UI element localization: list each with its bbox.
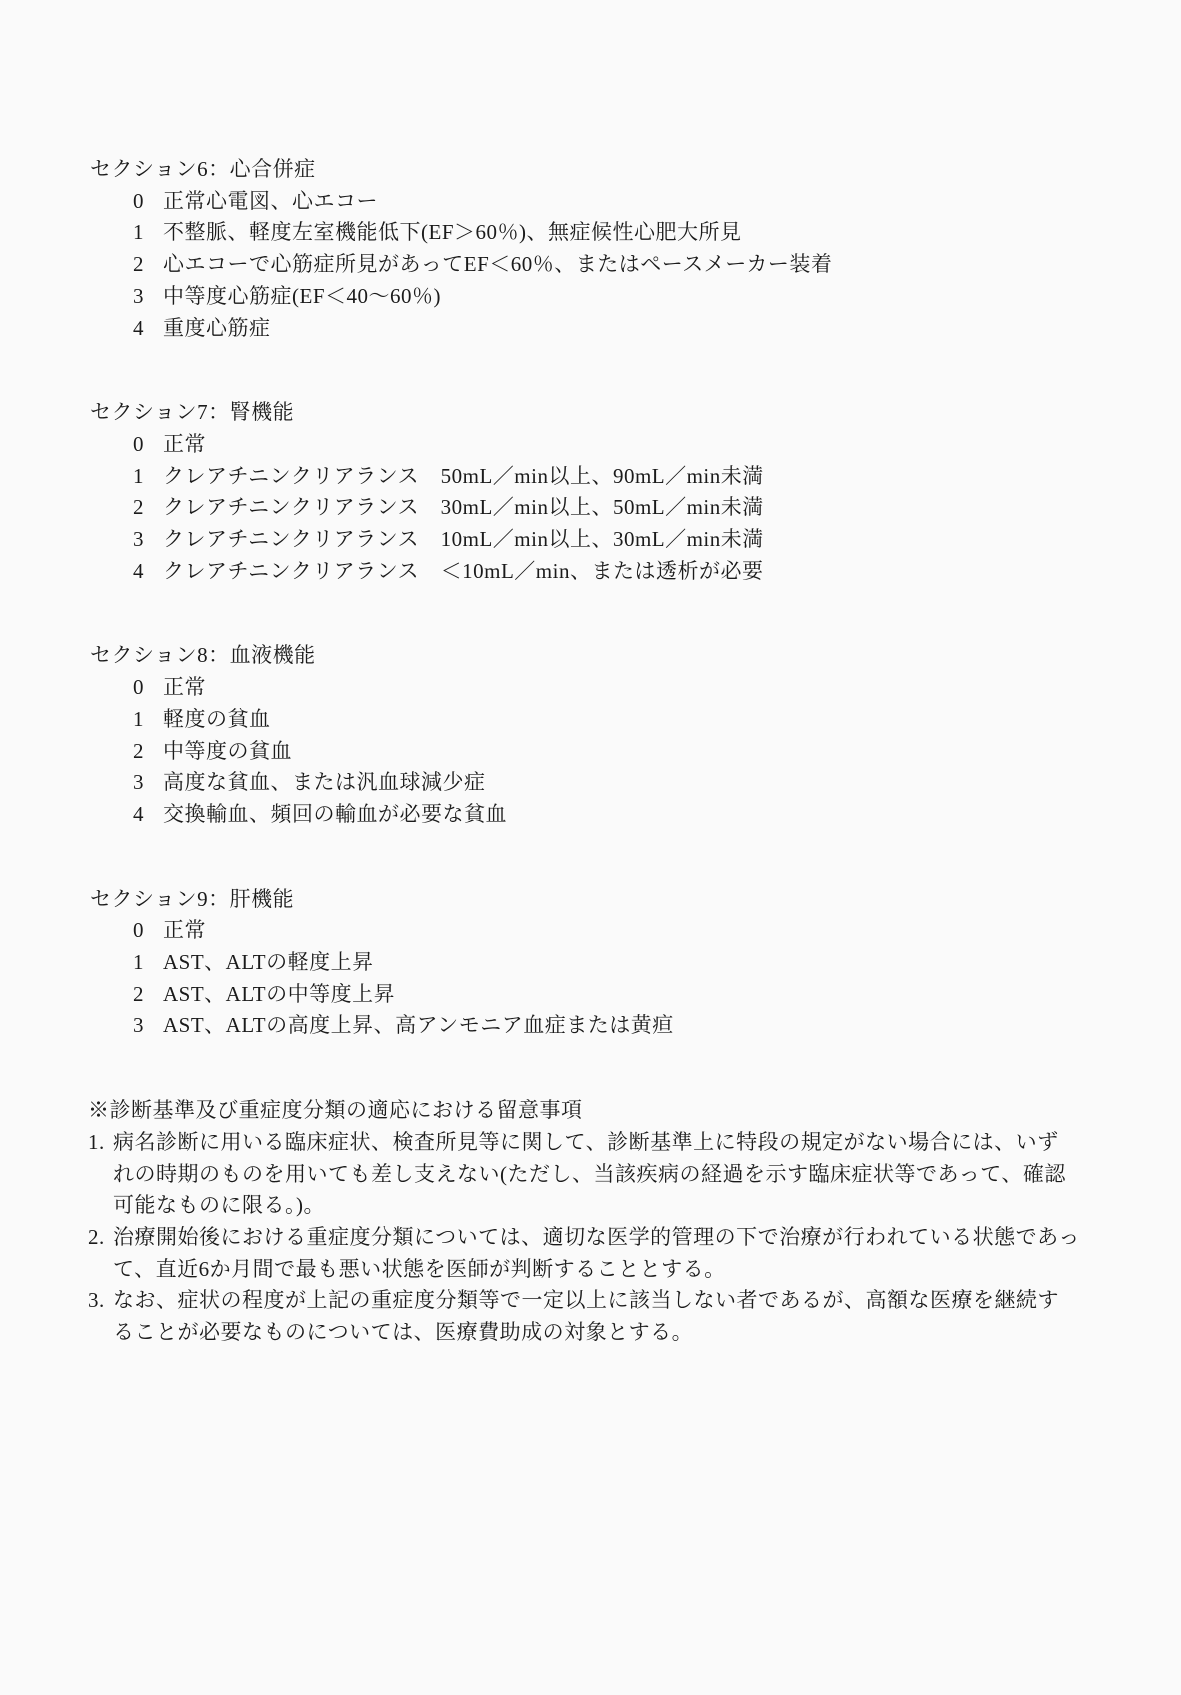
grade-description: 中等度心筋症(EF＜40〜60％) <box>163 284 441 308</box>
notes-heading: ※診断基準及び重症度分類の適応における留意事項 <box>88 1095 1103 1127</box>
note-item: 3. なお、症状の程度が上記の重症度分類等で一定以上に該当しない者であるが、高額… <box>88 1285 1103 1348</box>
grade-description: AST、ALTの軽度上昇 <box>163 950 374 974</box>
note-text: 病名診断に用いる臨床症状、検査所見等に関して、診断基準上に特段の規定がない場合に… <box>113 1127 1103 1222</box>
grade-item: 3AST、ALTの高度上昇、高アンモニア血症または黄疸 <box>88 1010 1103 1042</box>
grade-description: 心エコーで心筋症所見があってEF＜60％、またはペースメーカー装着 <box>163 252 832 276</box>
note-number: 3. <box>88 1285 105 1317</box>
grade-item: 4重度心筋症 <box>88 313 1103 345</box>
grade-item: 4交換輸血、頻回の輸血が必要な貧血 <box>88 799 1103 831</box>
note-line: て、直近6か月間で最も悪い状態を医師が判断することとする。 <box>113 1254 1103 1286</box>
grade-description: 交換輸血、頻回の輸血が必要な貧血 <box>163 802 507 826</box>
grade-value: 1 <box>133 217 163 249</box>
grade-item: 2中等度の貧血 <box>88 736 1103 768</box>
grade-value: 0 <box>133 672 163 704</box>
grade-value: 4 <box>133 313 163 345</box>
grade-value: 0 <box>133 915 163 947</box>
grade-description: クレアチニンクリアランス 50mL／min以上、90mL／min未満 <box>163 464 764 488</box>
grade-description: AST、ALTの高度上昇、高アンモニア血症または黄疸 <box>163 1013 674 1037</box>
grade-item: 2AST、ALTの中等度上昇 <box>88 979 1103 1011</box>
note-number: 2. <box>88 1222 105 1254</box>
grade-description: 中等度の貧血 <box>163 739 292 763</box>
grade-description: 正常心電図、心エコー <box>163 189 378 213</box>
grade-description: クレアチニンクリアランス 10mL／min以上、30mL／min未満 <box>163 527 764 551</box>
grade-description: 正常 <box>163 918 206 942</box>
grade-value: 3 <box>133 524 163 556</box>
grade-item: 4クレアチニンクリアランス ＜10mL／min、または透析が必要 <box>88 556 1103 588</box>
grade-item: 2心エコーで心筋症所見があってEF＜60％、またはペースメーカー装着 <box>88 249 1103 281</box>
grade-description: 高度な貧血、または汎血球減少症 <box>163 770 486 794</box>
note-item: 2. 治療開始後における重症度分類については、適切な医学的管理の下で治療が行われ… <box>88 1222 1103 1285</box>
grade-value: 2 <box>133 979 163 1011</box>
grade-item: 0正常心電図、心エコー <box>88 186 1103 218</box>
grade-item: 1不整脈、軽度左室機能低下(EF＞60％)、無症候性心肥大所見 <box>88 217 1103 249</box>
grade-value: 0 <box>133 429 163 461</box>
note-number: 1. <box>88 1127 105 1159</box>
grade-item: 3高度な貧血、または汎血球減少症 <box>88 767 1103 799</box>
grade-item: 0正常 <box>88 429 1103 461</box>
grade-item: 1クレアチニンクリアランス 50mL／min以上、90mL／min未満 <box>88 461 1103 493</box>
grade-value: 3 <box>133 281 163 313</box>
grade-value: 1 <box>133 461 163 493</box>
document-page: セクション6：心合併症 0正常心電図、心エコー 1不整脈、軽度左室機能低下(EF… <box>0 0 1181 1695</box>
section-hematologic: セクション8：血液機能 0正常 1軽度の貧血 2中等度の貧血 3高度な貧血、また… <box>88 640 1103 830</box>
note-line: れの時期のものを用いても差し支えない(ただし、当該疾病の経過を示す臨床症状等であ… <box>113 1159 1103 1191</box>
grade-value: 0 <box>133 186 163 218</box>
note-line: 病名診断に用いる臨床症状、検査所見等に関して、診断基準上に特段の規定がない場合に… <box>113 1127 1103 1159</box>
section-hepatic: セクション9：肝機能 0正常 1AST、ALTの軽度上昇 2AST、ALTの中等… <box>88 884 1103 1043</box>
grade-description: 軽度の貧血 <box>163 707 271 731</box>
grade-value: 3 <box>133 1010 163 1042</box>
note-text: 治療開始後における重症度分類については、適切な医学的管理の下で治療が行われている… <box>113 1222 1103 1285</box>
section-title: セクション7：腎機能 <box>90 397 1103 429</box>
grade-value: 2 <box>133 492 163 524</box>
grade-item: 1AST、ALTの軽度上昇 <box>88 947 1103 979</box>
section-cardiac: セクション6：心合併症 0正常心電図、心エコー 1不整脈、軽度左室機能低下(EF… <box>88 154 1103 344</box>
grade-description: 不整脈、軽度左室機能低下(EF＞60％)、無症候性心肥大所見 <box>163 220 742 244</box>
note-text: なお、症状の程度が上記の重症度分類等で一定以上に該当しない者であるが、高額な医療… <box>113 1285 1103 1348</box>
grade-value: 2 <box>133 249 163 281</box>
grade-item: 3クレアチニンクリアランス 10mL／min以上、30mL／min未満 <box>88 524 1103 556</box>
grade-item: 0正常 <box>88 672 1103 704</box>
grade-item: 1軽度の貧血 <box>88 704 1103 736</box>
note-line: 治療開始後における重症度分類については、適切な医学的管理の下で治療が行われている… <box>113 1222 1103 1254</box>
grade-description: クレアチニンクリアランス ＜10mL／min、または透析が必要 <box>163 559 763 583</box>
notes-block: ※診断基準及び重症度分類の適応における留意事項 1. 病名診断に用いる臨床症状、… <box>88 1095 1103 1349</box>
grade-description: 重度心筋症 <box>163 316 271 340</box>
section-title: セクション9：肝機能 <box>90 884 1103 916</box>
note-item: 1. 病名診断に用いる臨床症状、検査所見等に関して、診断基準上に特段の規定がない… <box>88 1127 1103 1222</box>
section-renal: セクション7：腎機能 0正常 1クレアチニンクリアランス 50mL／min以上、… <box>88 397 1103 587</box>
note-line: ることが必要なものについては、医療費助成の対象とする。 <box>113 1317 1103 1349</box>
grade-description: 正常 <box>163 432 206 456</box>
grade-item: 0正常 <box>88 915 1103 947</box>
grade-value: 3 <box>133 767 163 799</box>
grade-description: AST、ALTの中等度上昇 <box>163 982 395 1006</box>
section-title: セクション8：血液機能 <box>90 640 1103 672</box>
grade-item: 2クレアチニンクリアランス 30mL／min以上、50mL／min未満 <box>88 492 1103 524</box>
grade-item: 3中等度心筋症(EF＜40〜60％) <box>88 281 1103 313</box>
grade-value: 4 <box>133 556 163 588</box>
note-line: 可能なものに限る。)。 <box>113 1190 1103 1222</box>
grade-value: 1 <box>133 704 163 736</box>
grade-value: 4 <box>133 799 163 831</box>
grade-description: クレアチニンクリアランス 30mL／min以上、50mL／min未満 <box>163 495 764 519</box>
section-title: セクション6：心合併症 <box>90 154 1103 186</box>
grade-description: 正常 <box>163 675 206 699</box>
grade-value: 2 <box>133 736 163 768</box>
grade-value: 1 <box>133 947 163 979</box>
note-line: なお、症状の程度が上記の重症度分類等で一定以上に該当しない者であるが、高額な医療… <box>113 1285 1103 1317</box>
